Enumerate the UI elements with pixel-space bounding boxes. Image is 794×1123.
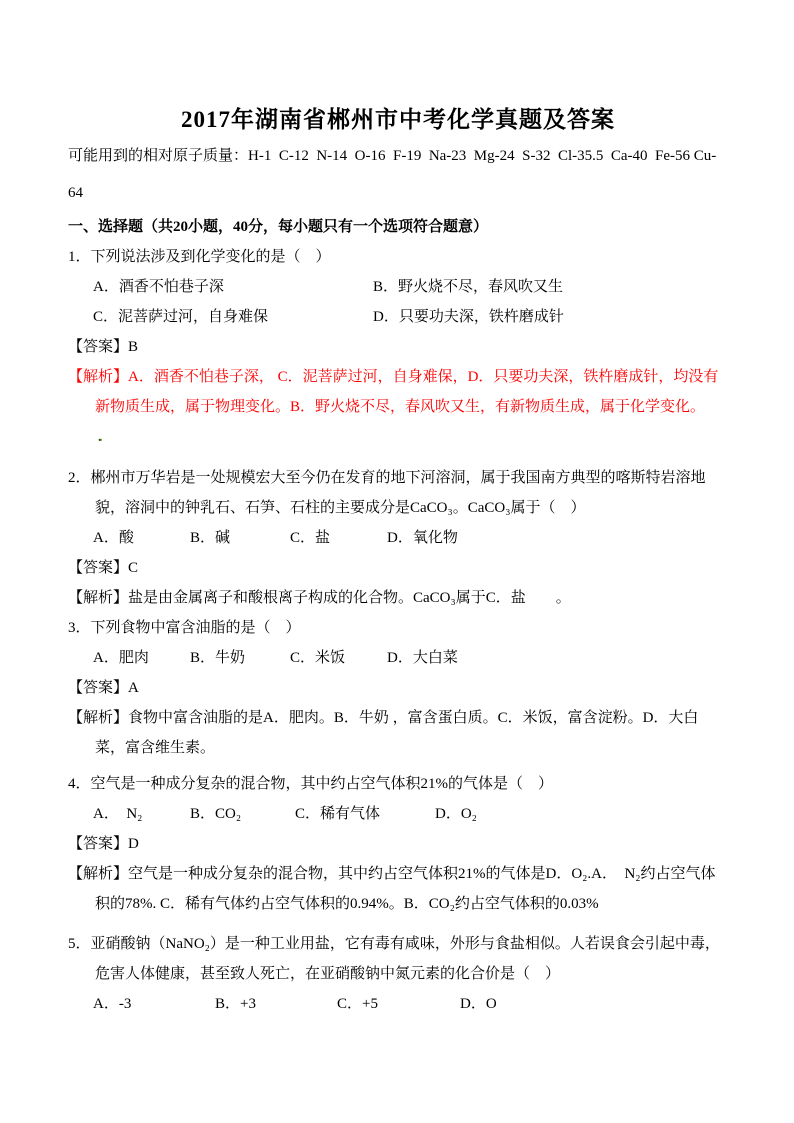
question-options-row: A．酸 B．碱 C．盐 D．氧化物 xyxy=(68,523,728,553)
atomic-masses-line: 可能用到的相对原子质量：H-1 C-12 N-14 O-16 F-19 Na-2… xyxy=(68,138,728,212)
question-options-row: A． N₂ B．CO₂ C．稀有气体 D．O₂ xyxy=(68,799,728,829)
option-b: B．CO₂ xyxy=(190,799,295,829)
question-stem: 4．空气是一种成分复杂的混合物，其中约占空气体积21%的气体是（ ） xyxy=(68,769,728,799)
option-c: C．+5 xyxy=(337,989,460,1019)
option-a: A．-3 xyxy=(93,989,215,1019)
analysis-line: 【解析】空气是一种成分复杂的混合物，其中约占空气体积21%的气体是D．O₂.A．… xyxy=(68,859,728,919)
answer-line: 【答案】B xyxy=(68,332,728,362)
question-options-row: C．泥菩萨过河，自身难保 D．只要功夫深，铁杵磨成针 xyxy=(68,302,728,332)
option-a: A．酸 xyxy=(93,523,190,553)
option-d: D．O₂ xyxy=(435,799,477,829)
option-d: D．只要功夫深，铁杵磨成针 xyxy=(373,302,564,332)
question-stem: 3．下列食物中富含油脂的是（ ） xyxy=(68,613,728,643)
stray-mark-line: . xyxy=(68,422,728,453)
question-options-row: A．-3 B．+3 C．+5 D．O xyxy=(68,989,728,1019)
option-c: C．稀有气体 xyxy=(295,799,435,829)
document-page: 2017年湖南省郴州市中考化学真题及答案 可能用到的相对原子质量：H-1 C-1… xyxy=(0,0,794,1123)
document-content: 2017年湖南省郴州市中考化学真题及答案 可能用到的相对原子质量：H-1 C-1… xyxy=(68,102,728,1019)
question-block-2: 2．郴州市万华岩是一处规模宏大至今仍在发育的地下河溶洞，属于我国南方典型的喀斯特… xyxy=(68,463,728,613)
option-c: C．盐 xyxy=(290,523,387,553)
question-stem: 2．郴州市万华岩是一处规模宏大至今仍在发育的地下河溶洞，属于我国南方典型的喀斯特… xyxy=(68,463,728,523)
option-c: C．米饭 xyxy=(290,643,387,673)
page-title: 2017年湖南省郴州市中考化学真题及答案 xyxy=(68,102,728,138)
stray-period-mark: . xyxy=(99,430,103,445)
question-block-5: 5．亚硝酸钠（NaNO₂）是一种工业用盐，它有毒有咸味，外形与食盐相似。人若误食… xyxy=(68,929,728,1019)
analysis-line: 【解析】A．酒香不怕巷子深， C．泥菩萨过河，自身难保，D．只要功夫深，铁杵磨成… xyxy=(68,362,728,422)
question-block-4: 4．空气是一种成分复杂的混合物，其中约占空气体积21%的气体是（ ） A． N₂… xyxy=(68,769,728,919)
option-d: D．氧化物 xyxy=(387,523,458,553)
option-d: D．大白菜 xyxy=(387,643,458,673)
option-b: B．碱 xyxy=(190,523,290,553)
question-options-row: A．酒香不怕巷子深 B．野火烧不尽，春风吹又生 xyxy=(68,272,728,302)
answer-line: 【答案】C xyxy=(68,553,728,583)
analysis-line: 【解析】食物中富含油脂的是A．肥肉。B．牛奶 ，富含蛋白质。C．米饭，富含淀粉。… xyxy=(68,703,728,763)
option-a: A．酒香不怕巷子深 xyxy=(93,272,373,302)
option-c: C．泥菩萨过河，自身难保 xyxy=(93,302,373,332)
answer-line: 【答案】D xyxy=(68,829,728,859)
option-b: B．牛奶 xyxy=(190,643,290,673)
answer-line: 【答案】A xyxy=(68,673,728,703)
question-stem: 5．亚硝酸钠（NaNO₂）是一种工业用盐，它有毒有咸味，外形与食盐相似。人若误食… xyxy=(68,929,728,989)
option-a: A． N₂ xyxy=(93,799,190,829)
option-d: D．O xyxy=(460,989,497,1019)
question-options-row: A．肥肉 B．牛奶 C．米饭 D．大白菜 xyxy=(68,643,728,673)
question-block-3: 3．下列食物中富含油脂的是（ ） A．肥肉 B．牛奶 C．米饭 D．大白菜 【答… xyxy=(68,613,728,763)
section-header: 一、选择题（共20小题，40分，每小题只有一个选项符合题意） xyxy=(68,212,728,242)
question-stem: 1．下列说法涉及到化学变化的是（ ） xyxy=(68,242,728,272)
option-b: B．野火烧不尽，春风吹又生 xyxy=(373,272,563,302)
option-a: A．肥肉 xyxy=(93,643,190,673)
question-block-1: 1．下列说法涉及到化学变化的是（ ） A．酒香不怕巷子深 B．野火烧不尽，春风吹… xyxy=(68,242,728,422)
option-b: B．+3 xyxy=(215,989,337,1019)
analysis-line: 【解析】盐是由金属离子和酸根离子构成的化合物。CaCO₃属于C．盐 。 xyxy=(68,583,728,613)
